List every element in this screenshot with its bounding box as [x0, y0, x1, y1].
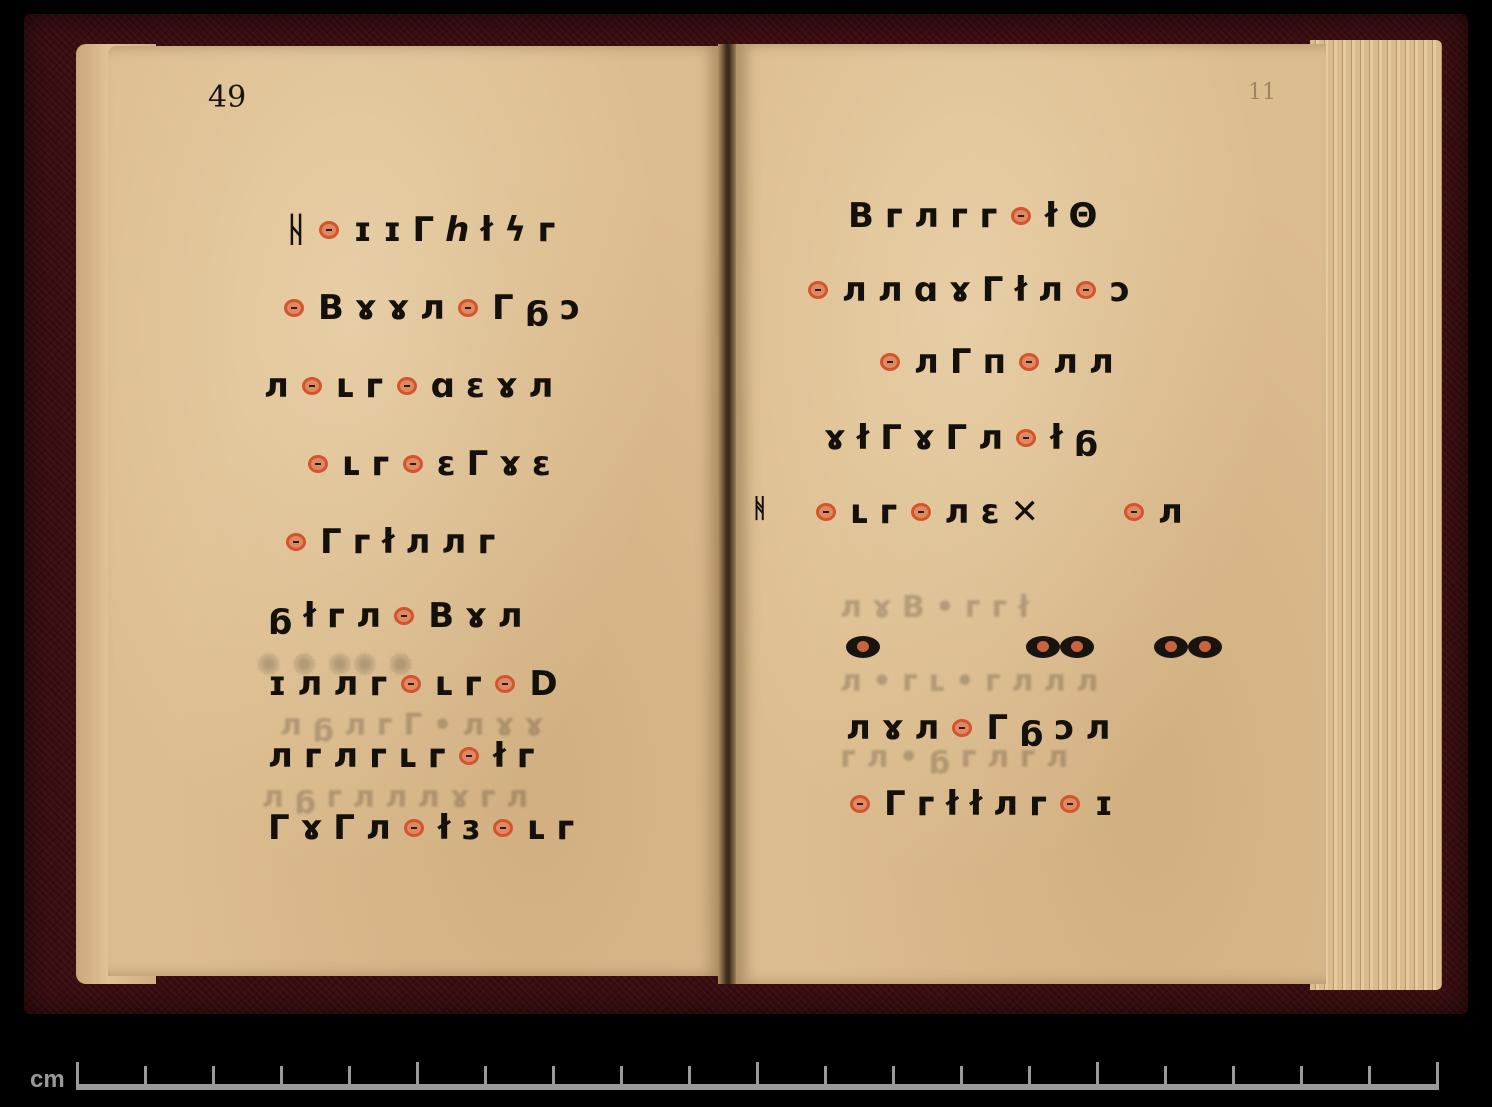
script-glyph: ʟ	[527, 808, 544, 848]
script-glyph: ɤ	[465, 596, 486, 636]
script-glyph: ᴫ	[914, 196, 938, 236]
scale-minor-tick	[960, 1066, 963, 1090]
script-glyph: ɤ	[824, 418, 845, 458]
script-line: Γᴦłᴫᴫᴦ	[278, 522, 501, 562]
script-glyph: ᴫ	[420, 288, 444, 328]
script-glyph: ᴫ	[1158, 492, 1182, 532]
script-glyph: ł	[1014, 270, 1026, 310]
script-glyph: Γ	[492, 288, 513, 328]
red-separator-dot	[495, 675, 515, 693]
red-separator-dot	[911, 503, 931, 521]
left-folio-number: 49	[208, 80, 246, 115]
script-glyph: ᴦ	[428, 736, 445, 776]
script-glyph: Θ	[1068, 196, 1096, 236]
script-glyph: Γ	[946, 418, 967, 458]
script-line: BɤɤᴫΓᵷɔ	[276, 288, 585, 328]
script-line: ᵷłᴦᴫBɤᴫ	[262, 596, 528, 636]
script-glyph: ɤ	[499, 444, 520, 484]
script-glyph: ɤ	[913, 418, 934, 458]
script-glyph: ɪ	[268, 664, 286, 704]
script-glyph: ᴫ	[993, 784, 1017, 824]
red-separator-dot	[284, 299, 304, 317]
script-glyph: ᴦ	[369, 736, 386, 776]
script-glyph: ᴫ	[1086, 708, 1110, 748]
script-glyph: ᴦ	[879, 492, 896, 532]
script-glyph: ᴫ	[915, 708, 939, 748]
script-glyph: ɑ	[914, 270, 937, 310]
script-glyph: Γ	[333, 808, 354, 848]
right-page-stack	[1310, 40, 1442, 990]
script-glyph: Γ	[467, 444, 488, 484]
script-glyph: ɜ	[461, 808, 479, 848]
script-line: ᴫɤᴫΓᵷɔᴫ	[840, 708, 1116, 748]
red-separator-dot	[808, 281, 828, 299]
script-glyph: Γ	[982, 270, 1003, 310]
margin-mark: ᚻ	[752, 494, 768, 524]
script-glyph: ℎ	[445, 210, 468, 250]
script-glyph: ł	[303, 596, 315, 636]
script-line: ᴫᴫɑɤΓłᴫɔ	[800, 270, 1135, 310]
script-glyph: ᴫ	[528, 366, 552, 406]
large-punctuation-dot	[846, 636, 880, 658]
red-separator-dot	[397, 377, 417, 395]
script-glyph: ᴨ	[983, 342, 1006, 382]
script-glyph: ɪ	[1094, 784, 1112, 824]
large-punctuation-dot	[1154, 636, 1188, 658]
scale-minor-tick	[824, 1066, 827, 1090]
script-glyph: ᴦ	[327, 596, 344, 636]
script-glyph: ᴦ	[517, 736, 534, 776]
script-glyph: ᴦ	[304, 736, 321, 776]
script-glyph: ᴦ	[369, 664, 386, 704]
script-glyph: Γ	[268, 808, 289, 848]
show-through-text: ᴫ ɤ B • ᴦ ᴦ ł	[840, 590, 1029, 625]
red-separator-dot	[458, 299, 478, 317]
script-glyph: ✕	[1011, 492, 1039, 532]
script-glyph: B	[318, 288, 343, 328]
script-glyph: ᴫ	[842, 270, 866, 310]
script-glyph: ᴫ	[268, 736, 292, 776]
script-glyph: ᴫ	[356, 596, 380, 636]
script-glyph: ᴫ	[442, 522, 466, 562]
script-line: Γᴦłłᴫᴦɪ	[842, 784, 1118, 824]
script-glyph: Γ	[950, 342, 971, 382]
red-separator-dot	[286, 533, 306, 551]
red-separator-dot	[880, 353, 900, 371]
script-glyph: ᵷ	[525, 288, 548, 328]
script-glyph: ł	[438, 808, 450, 848]
show-through-text: ᴫ • ᴦ ʟ • ᴦ ᴫ ᴫ ᴫ	[840, 664, 1098, 699]
script-glyph: B	[428, 596, 453, 636]
red-separator-dot	[493, 819, 513, 837]
red-separator-dot	[1060, 795, 1080, 813]
script-glyph: ɔ	[560, 288, 579, 328]
script-glyph: ʟ	[398, 736, 415, 776]
script-glyph: ᴫ	[1053, 342, 1077, 382]
script-glyph: Γ	[320, 522, 341, 562]
right-folio-number: 11	[1248, 80, 1276, 105]
script-glyph: Γ	[413, 210, 434, 250]
script-glyph: ɛ	[532, 444, 550, 484]
script-glyph: ᴦ	[979, 196, 996, 236]
red-separator-dot	[319, 221, 339, 239]
red-separator-dot	[403, 455, 423, 473]
script-glyph: ᴫ	[1089, 342, 1113, 382]
scale-minor-tick	[552, 1066, 555, 1090]
script-glyph: ɛ	[981, 492, 999, 532]
scale-major-tick	[1096, 1062, 1099, 1090]
script-glyph: ᴫ	[878, 270, 902, 310]
scale-minor-tick	[484, 1066, 487, 1090]
red-separator-dot	[401, 675, 421, 693]
script-glyph: ᴫ	[333, 736, 357, 776]
script-glyph: ᴦ	[477, 522, 494, 562]
script-glyph: ᴦ	[885, 196, 902, 236]
script-glyph: ɤ	[496, 366, 517, 406]
script-glyph: ʟ	[342, 444, 359, 484]
script-glyph: ɤ	[355, 288, 376, 328]
scale-minor-tick	[1164, 1066, 1167, 1090]
script-glyph: ᴦ	[950, 196, 967, 236]
script-glyph: D	[529, 664, 556, 704]
red-separator-dot	[952, 719, 972, 737]
centimeter-scale-bar	[76, 1062, 1436, 1090]
script-line: ʟᴦᴫɛ✕ᴫ	[808, 492, 1188, 532]
script-glyph: ᴫ	[498, 596, 522, 636]
script-glyph: ł	[480, 210, 492, 250]
script-glyph: ᴫ	[1038, 270, 1062, 310]
large-punctuation-dot	[1060, 636, 1094, 658]
red-separator-dot	[1016, 429, 1036, 447]
script-line: ΓɤΓᴫłɜʟᴦ	[262, 808, 580, 848]
script-glyph: ɪ	[383, 210, 401, 250]
red-separator-dot	[850, 795, 870, 813]
script-glyph: Γ	[986, 708, 1007, 748]
script-line: ʟᴦɛΓɤɛ	[300, 444, 556, 484]
script-glyph: ᴦ	[537, 210, 554, 250]
script-line: ᴫΓᴨᴫᴫ	[872, 342, 1119, 382]
large-punctuation-dot	[1026, 636, 1060, 658]
script-glyph: ł	[946, 784, 958, 824]
script-glyph: Γ	[880, 418, 901, 458]
script-glyph: ł	[493, 736, 505, 776]
scale-unit-label: cm	[30, 1066, 65, 1094]
script-glyph: ɑ	[431, 366, 454, 406]
scale-minor-tick	[348, 1066, 351, 1090]
scale-minor-tick	[144, 1066, 147, 1090]
script-glyph: ʟ	[435, 664, 452, 704]
scale-minor-tick	[688, 1066, 691, 1090]
script-glyph: ᴦ	[556, 808, 573, 848]
scale-minor-tick	[1300, 1066, 1303, 1090]
script-glyph: ɤ	[949, 270, 970, 310]
script-line: ɤłΓɤΓᴫłᵷ	[818, 418, 1103, 458]
script-glyph: ɤ	[882, 708, 903, 748]
script-glyph: ᴫ	[846, 708, 870, 748]
scale-minor-tick	[1028, 1066, 1031, 1090]
script-glyph: ϟ	[504, 210, 525, 250]
scale-minor-tick	[892, 1066, 895, 1090]
script-glyph: ᴫ	[406, 522, 430, 562]
script-glyph: ᵷ	[268, 596, 291, 636]
script-line: BᴦᴫᴦᴦłΘ	[842, 196, 1102, 236]
script-glyph: ᴫ	[298, 664, 322, 704]
script-glyph: ᴫ	[333, 664, 357, 704]
book-gutter	[718, 44, 738, 984]
script-glyph: ᴦ	[365, 366, 382, 406]
red-separator-dot	[459, 747, 479, 765]
red-separator-dot	[1076, 281, 1096, 299]
red-separator-dot	[302, 377, 322, 395]
script-glyph: ᴫ	[945, 492, 969, 532]
script-glyph: ᵷ	[1074, 418, 1097, 458]
script-glyph: ᴦ	[371, 444, 388, 484]
script-glyph: ᴫ	[366, 808, 390, 848]
script-glyph: ɛ	[466, 366, 484, 406]
scale-major-tick	[416, 1062, 419, 1090]
script-glyph: ᴦ	[464, 664, 481, 704]
script-line: ᚺɪɪΓℎłϟᴦ	[280, 210, 561, 250]
scale-minor-tick	[1368, 1066, 1371, 1090]
script-line: ɪᴫᴫᴦʟᴦD	[262, 664, 563, 704]
scale-minor-tick	[1232, 1066, 1235, 1090]
red-separator-dot	[1019, 353, 1039, 371]
script-glyph: B	[848, 196, 873, 236]
red-separator-dot	[816, 503, 836, 521]
script-glyph: ɤ	[388, 288, 409, 328]
script-glyph: ɛ	[437, 444, 455, 484]
scale-major-tick	[76, 1062, 79, 1090]
scale-minor-tick	[620, 1066, 623, 1090]
script-glyph: ᴦ	[917, 784, 934, 824]
script-glyph: ɤ	[301, 808, 322, 848]
script-glyph: ʟ	[336, 366, 353, 406]
script-glyph: ᴦ	[353, 522, 370, 562]
script-glyph: ɔ	[1110, 270, 1129, 310]
red-separator-dot	[1124, 503, 1144, 521]
script-line: ᴫᴦᴫᴦʟᴦłᴦ	[262, 736, 540, 776]
large-punctuation-dot	[1188, 636, 1222, 658]
scale-major-tick	[1436, 1062, 1439, 1090]
script-glyph: ɔ	[1054, 708, 1073, 748]
scale-major-tick	[756, 1062, 759, 1090]
script-glyph: ᴫ	[914, 342, 938, 382]
script-glyph: ᴫ	[264, 366, 288, 406]
script-glyph: ł	[382, 522, 394, 562]
script-glyph: Γ	[884, 784, 905, 824]
red-separator-dot	[1011, 207, 1031, 225]
script-line: ᴫʟᴦɑɛɤᴫ	[258, 366, 558, 406]
script-glyph: ł	[970, 784, 982, 824]
script-glyph: ɪ	[353, 210, 371, 250]
scale-minor-tick	[212, 1066, 215, 1090]
script-glyph: ᴫ	[978, 418, 1002, 458]
script-glyph: ᴦ	[1029, 784, 1046, 824]
red-separator-dot	[394, 607, 414, 625]
script-glyph: ᚺ	[286, 210, 305, 250]
script-glyph: ł	[1050, 418, 1062, 458]
red-separator-dot	[404, 819, 424, 837]
scale-minor-tick	[280, 1066, 283, 1090]
red-separator-dot	[308, 455, 328, 473]
script-glyph: ł	[1045, 196, 1057, 236]
script-glyph: ł	[857, 418, 869, 458]
script-glyph: ʟ	[850, 492, 867, 532]
script-glyph: ᵷ	[1019, 708, 1042, 748]
